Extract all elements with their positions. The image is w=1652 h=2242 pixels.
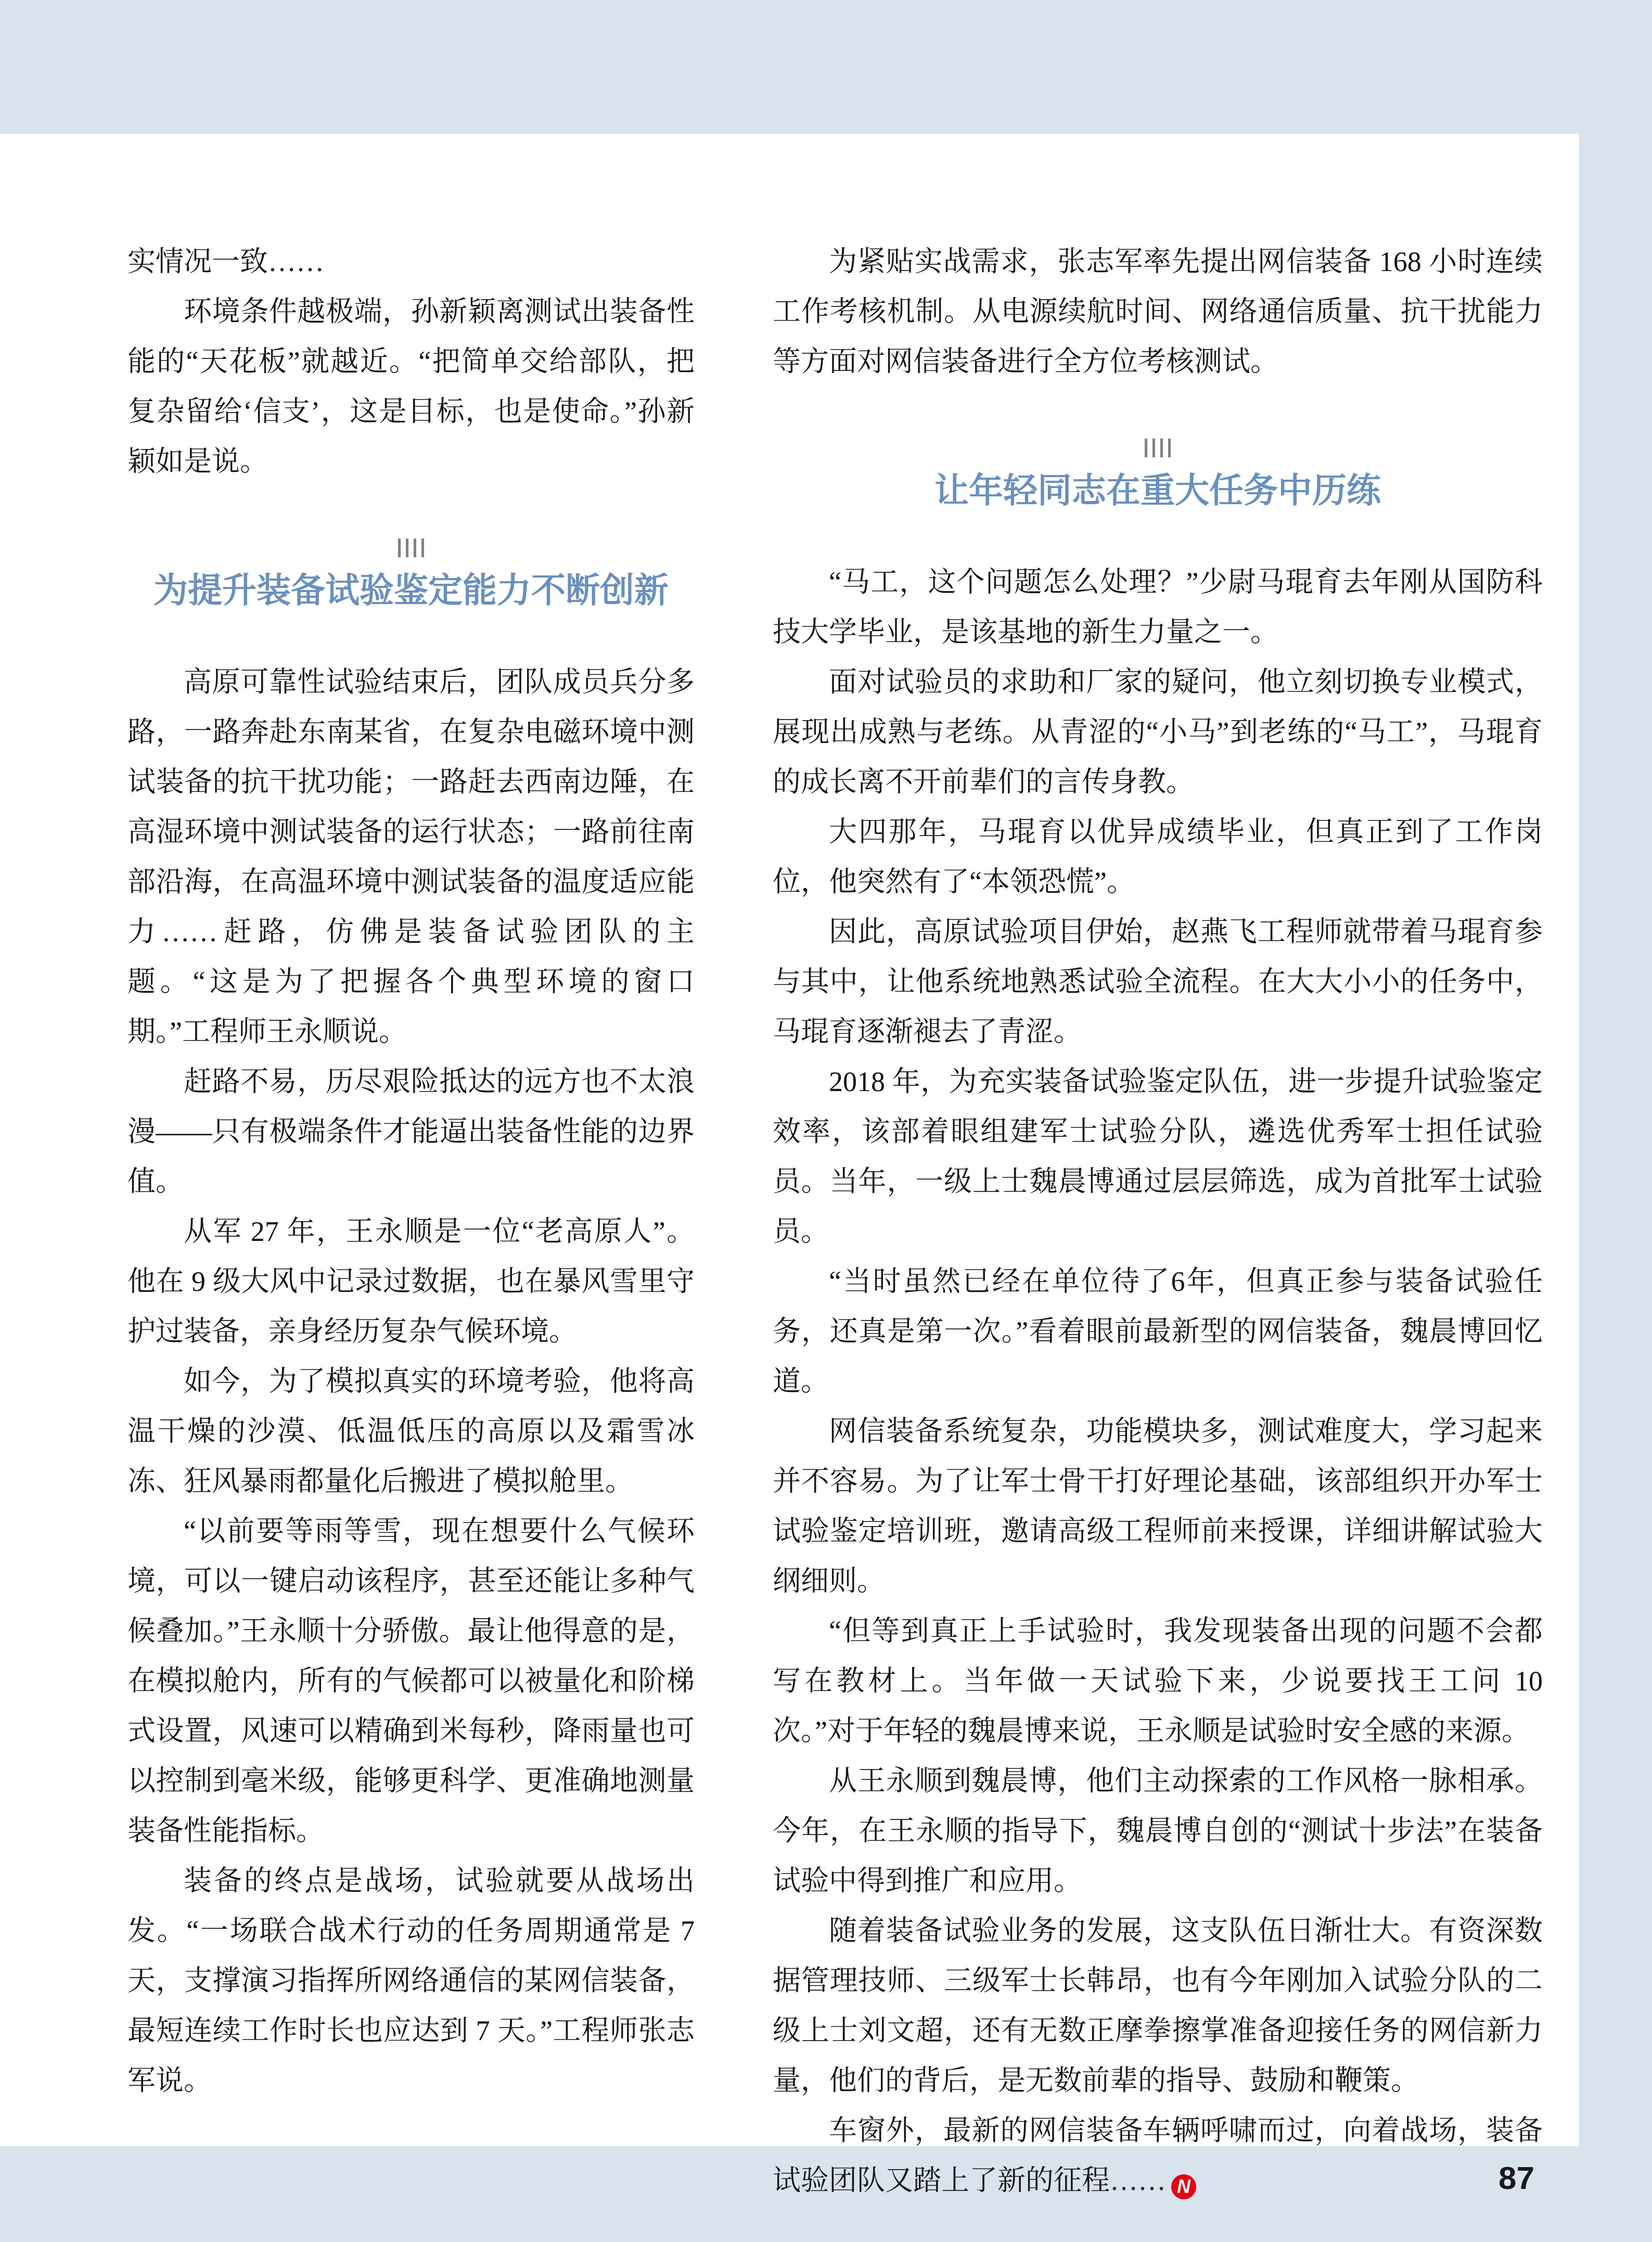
paragraph: 为紧贴实战需求，张志军率先提出网信装备 168 小时连续工作考核机制。从电源续航… bbox=[773, 237, 1543, 387]
paragraph: “但等到真正上手试验时，我发现装备出现的问题不会都写在教材上。当年做一天试验下来… bbox=[773, 1606, 1543, 1756]
page-number: 87 bbox=[1499, 2162, 1534, 2195]
paragraph: 从王永顺到魏晨博，他们主动探索的工作风格一脉相承。今年，在王永顺的指导下，魏晨博… bbox=[773, 1756, 1543, 1906]
section-heading: 让年轻同志在重大任务中历练 bbox=[773, 471, 1543, 509]
paragraph: 赶路不易，历尽艰险抵达的远方也不太浪漫——只有极端条件才能逼出装备性能的边界值。 bbox=[127, 1057, 695, 1207]
magazine-page: 实情况一致…… 环境条件越极端，孙新颖离测试出装备性能的“天花板”就越近。“把简… bbox=[0, 0, 1652, 2242]
paragraph: 实情况一致…… bbox=[127, 237, 695, 287]
right-border-band bbox=[1579, 0, 1652, 2242]
section-marker-icon bbox=[773, 439, 1543, 457]
paragraph: 网信装备系统复杂，功能模块多，测试难度大，学习起来并不容易。为了让军士骨干打好理… bbox=[773, 1406, 1543, 1606]
section-marker-icon bbox=[127, 539, 695, 557]
paragraph: 高原可靠性试验结束后，团队成员兵分多路，一路奔赴东南某省，在复杂电磁环境中测试装… bbox=[127, 657, 695, 1057]
paragraph: 随着装备试验业务的发展，这支队伍日渐壮大。有资深数据管理技师、三级军士长韩昂，也… bbox=[773, 1906, 1543, 2106]
section-header: 让年轻同志在重大任务中历练 bbox=[773, 439, 1543, 509]
paragraph: “以前要等雨等雪，现在想要什么气候环境，可以一键启动该程序，甚至还能让多种气候叠… bbox=[127, 1506, 695, 1856]
paragraph: 如今，为了模拟真实的环境考验，他将高温干燥的沙漠、低温低压的高原以及霜雪冰冻、狂… bbox=[127, 1356, 695, 1506]
paragraph: 因此，高原试验项目伊始，赵燕飞工程师就带着马琨育参与其中，让他系统地熟悉试验全流… bbox=[773, 907, 1543, 1057]
paragraph: 2018 年，为充实装备试验鉴定队伍，进一步提升试验鉴定效率，该部着眼组建军士试… bbox=[773, 1057, 1543, 1257]
paragraph: 大四那年，马琨育以优异成绩毕业，但真正到了工作岗位，他突然有了“本领恐慌”。 bbox=[773, 807, 1543, 907]
paragraph: 环境条件越极端，孙新颖离测试出装备性能的“天花板”就越近。“把简单交给部队，把复… bbox=[127, 287, 695, 486]
paragraph: “马工，这个问题怎么处理？”少尉马琨育去年刚从国防科技大学毕业，是该基地的新生力… bbox=[773, 557, 1543, 657]
left-column: 实情况一致…… 环境条件越极端，孙新颖离测试出装备性能的“天花板”就越近。“把简… bbox=[127, 237, 695, 2106]
top-border-band bbox=[0, 0, 1652, 134]
paragraph: 面对试验员的求助和厂家的疑问，他立刻切换专业模式，展现出成熟与老练。从青涩的“小… bbox=[773, 657, 1543, 807]
right-column: 为紧贴实战需求，张志军率先提出网信装备 168 小时连续工作考核机制。从电源续航… bbox=[773, 237, 1543, 2206]
paragraph: “当时虽然已经在单位待了6年，但真正参与装备试验任务，还真是第一次。”看着眼前最… bbox=[773, 1257, 1543, 1406]
section-heading: 为提升装备试验鉴定能力不断创新 bbox=[127, 571, 695, 609]
paragraph: 车窗外，最新的网信装备车辆呼啸而过，向着战场，装备试验团队又踏上了新的征程……N bbox=[773, 2106, 1543, 2206]
section-header: 为提升装备试验鉴定能力不断创新 bbox=[127, 539, 695, 609]
paragraph: 从军 27 年，王永顺是一位“老高原人”。他在 9 级大风中记录过数据，也在暴风… bbox=[127, 1207, 695, 1356]
paragraph: 装备的终点是战场，试验就要从战场出发。“一场联合战术行动的任务周期通常是 7 天… bbox=[127, 1856, 695, 2106]
paragraph-text: 车窗外，最新的网信装备车辆呼啸而过，向着战场，装备试验团队又踏上了新的征程…… bbox=[773, 2115, 1543, 2196]
article-end-icon: N bbox=[1171, 2174, 1196, 2199]
